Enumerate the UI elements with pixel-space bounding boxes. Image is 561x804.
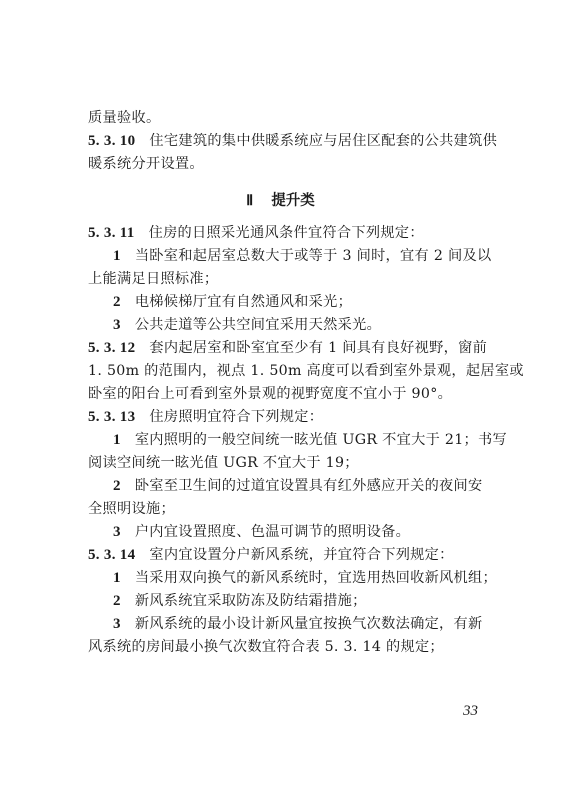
item-text: 新风系统宜采取防冻及防结霜措施； (135, 593, 367, 609)
item-text: 当采用双向换气的新风系统时，宜选用热回收新风机组； (135, 570, 497, 586)
line-text: 风系统的房间最小换气次数宜符合表 5. 3. 14 的规定； (88, 639, 444, 655)
item-number: 2 (113, 478, 121, 494)
text-line: 阅读空间统一眩光值 UGR 不宜大于 19； (88, 453, 476, 473)
text-line: 上能满足日照标准； (88, 269, 476, 289)
line-text: 全照明设施； (88, 501, 175, 517)
clause-text: 住宅建筑的集中供暖系统应与居住区配套的公共建筑供 (149, 133, 497, 149)
clause-item: 2电梯候梯厅宜有自然通风和采光； (113, 292, 501, 312)
text-line: 风系统的房间最小换气次数宜符合表 5. 3. 14 的规定； (88, 637, 476, 657)
item-text: 新风系统的最小设计新风量宜按换气次数法确定，有新 (135, 616, 483, 632)
line-text: 质量验收。 (88, 110, 160, 126)
item-number: 1 (113, 248, 121, 264)
clause-number: 5. 3. 13 (88, 409, 135, 425)
clause-item: 3公共走道等公共空间宜采用天然采光。 (113, 315, 501, 335)
clause-text: 套内起居室和卧室宜至少有 1 间具有良好视野，窗前 (149, 340, 487, 356)
clause-number: 5. 3. 12 (88, 340, 135, 356)
document-page: 质量验收。 5. 3. 10住宅建筑的集中供暖系统应与居住区配套的公共建筑供 暖… (0, 0, 561, 804)
clause-text: 住房的日照采光通风条件宜符合下列规定： (149, 225, 424, 241)
item-text: 室内照明的一般空间统一眩光值 UGR 不宜大于 21；书写 (135, 432, 507, 448)
clause-5-3-14: 5. 3. 14室内宜设置分户新风系统，并宜符合下列规定： (88, 545, 476, 565)
clause-item: 1当采用双向换气的新风系统时，宜选用热回收新风机组； (113, 568, 501, 588)
line-text: 暖系统分开设置。 (88, 156, 204, 172)
item-text: 公共走道等公共空间宜采用天然采光。 (135, 317, 381, 333)
line-text: 卧室的阳台上可看到室外景观的视野宽度不宜小于 90°。 (88, 386, 452, 402)
clause-number: 5. 3. 11 (88, 225, 135, 241)
page-number: 33 (463, 703, 478, 720)
item-number: 3 (113, 524, 121, 540)
item-number: 2 (113, 294, 121, 310)
clause-item: 3新风系统的最小设计新风量宜按换气次数法确定，有新 (113, 614, 501, 634)
section-heading: Ⅱ提升类 (0, 189, 561, 210)
item-number: 3 (113, 616, 121, 632)
item-number: 3 (113, 317, 121, 333)
clause-5-3-13: 5. 3. 13住房照明宜符合下列规定： (88, 407, 476, 427)
section-roman-numeral: Ⅱ (246, 193, 253, 209)
line-text: 上能满足日照标准； (88, 271, 218, 287)
item-number: 2 (113, 593, 121, 609)
clause-item: 1当卧室和起居室总数大于或等于 3 间时，宜有 2 间及以 (113, 246, 501, 266)
item-text: 户内宜设置照度、色温可调节的照明设备。 (135, 524, 410, 540)
text-line: 质量验收。 (88, 108, 476, 128)
line-text: 阅读空间统一眩光值 UGR 不宜大于 19； (88, 455, 359, 471)
item-number: 1 (113, 432, 121, 448)
item-number: 1 (113, 570, 121, 586)
clause-5-3-12: 5. 3. 12套内起居室和卧室宜至少有 1 间具有良好视野，窗前 (88, 338, 476, 358)
clause-item: 1室内照明的一般空间统一眩光值 UGR 不宜大于 21；书写 (113, 430, 501, 450)
item-text: 电梯候梯厅宜有自然通风和采光； (135, 294, 352, 310)
line-text: 1. 50m 的范围内，视点 1. 50m 高度可以看到室外景观，起居室或 (88, 363, 524, 379)
section-title: 提升类 (271, 192, 315, 209)
item-text: 卧室至卫生间的过道宜设置具有红外感应开关的夜间安 (135, 478, 483, 494)
item-text: 当卧室和起居室总数大于或等于 3 间时，宜有 2 间及以 (135, 248, 492, 264)
clause-5-3-10: 5. 3. 10住宅建筑的集中供暖系统应与居住区配套的公共建筑供 (88, 131, 476, 151)
text-line: 1. 50m 的范围内，视点 1. 50m 高度可以看到室外景观，起居室或 (88, 361, 476, 381)
clause-item: 3户内宜设置照度、色温可调节的照明设备。 (113, 522, 501, 542)
text-line: 全照明设施； (88, 499, 476, 519)
clause-5-3-11: 5. 3. 11住房的日照采光通风条件宜符合下列规定： (88, 223, 476, 243)
text-line: 卧室的阳台上可看到室外景观的视野宽度不宜小于 90°。 (88, 384, 476, 404)
text-line: 暖系统分开设置。 (88, 154, 476, 174)
clause-text: 室内宜设置分户新风系统，并宜符合下列规定： (149, 547, 453, 563)
clause-number: 5. 3. 14 (88, 547, 135, 563)
clause-number: 5. 3. 10 (88, 133, 135, 149)
clause-item: 2卧室至卫生间的过道宜设置具有红外感应开关的夜间安 (113, 476, 501, 496)
clause-item: 2新风系统宜采取防冻及防结霜措施； (113, 591, 501, 611)
clause-text: 住房照明宜符合下列规定： (149, 409, 323, 425)
